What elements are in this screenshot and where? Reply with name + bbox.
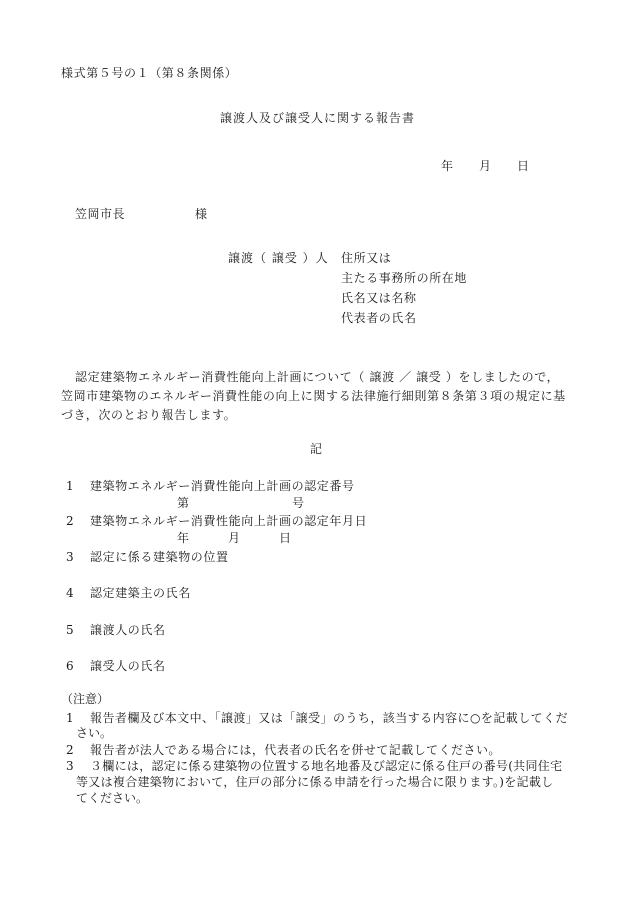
reporter-address-label: 住所又は	[341, 252, 391, 264]
body-line-1: 認定建築物エネルギー消費性能向上計画について（ 譲渡 ／ 譲受 ）をしましたので…	[75, 371, 559, 383]
date-day: 日	[517, 160, 529, 172]
item-label: 譲渡人の氏名	[90, 624, 166, 636]
note-text-continued: てください。	[76, 792, 148, 804]
item-sub-month: 月	[228, 532, 240, 544]
note-text: 報告者欄及び本文中、「譲渡」又は「譲受」のうち，該当する内容に○を記載してくだ	[90, 712, 568, 724]
item-number: 3	[66, 551, 74, 563]
item-label: 譲受人の氏名	[90, 660, 166, 672]
item-label: 認定に係る建築物の位置	[90, 551, 229, 563]
item-label: 認定建築主の氏名	[90, 587, 191, 599]
reporter-label: 譲渡（ 譲受 ）人	[228, 252, 329, 264]
form-number: 様式第５号の１（第８条関係）	[61, 67, 237, 79]
item-sub-day: 日	[279, 532, 291, 544]
note-text-continued: 等又は複合建築物において，住戸の部分に係る申請を行った場合に限ります。)を記載し	[76, 776, 554, 788]
note-number: 2	[66, 744, 74, 756]
reporter-office-label: 主たる事務所の所在地	[341, 272, 467, 284]
item-number: 6	[66, 660, 74, 672]
item-number: 2	[66, 515, 74, 527]
note-number: 3	[66, 760, 74, 772]
item-number: 5	[66, 624, 74, 636]
note-text: 報告者が法人である場合には，代表者の氏名を併せて記載してください。	[90, 744, 501, 756]
reporter-name-label: 氏名又は名称	[341, 292, 417, 304]
item-sub-go: 号	[292, 497, 304, 509]
item-label: 建築物エネルギー消費性能向上計画の認定年月日	[90, 515, 367, 527]
body-line-2: 笠岡市建築物のエネルギー消費性能の向上に関する法律施行細則第８条第３項の規定に基	[61, 390, 566, 402]
body-line-3: づき，次のとおり報告します。	[61, 409, 236, 421]
note-number: 1	[66, 712, 74, 724]
note-text-continued: さい。	[76, 727, 112, 739]
item-number: 1	[66, 480, 74, 492]
item-label: 建築物エネルギー消費性能向上計画の認定番号	[90, 480, 355, 492]
item-sub-dai: 第	[177, 497, 189, 509]
document-title: 譲渡人及び譲受人に関する報告書	[220, 112, 415, 124]
ki-heading: 記	[310, 443, 322, 455]
item-number: 4	[66, 587, 74, 599]
addressee-name: 笠岡市長	[75, 208, 125, 220]
item-sub-year: 年	[177, 532, 189, 544]
date-month: 月	[479, 160, 491, 172]
notes-heading: （注意）	[61, 693, 109, 705]
date-year: 年	[441, 160, 453, 172]
note-text: ３欄には，認定に係る建築物の位置する地名地番及び認定に係る住戸の番号(共同住宅	[90, 760, 562, 772]
reporter-representative-label: 代表者の氏名	[341, 312, 417, 324]
addressee-honorific: 様	[195, 208, 207, 220]
